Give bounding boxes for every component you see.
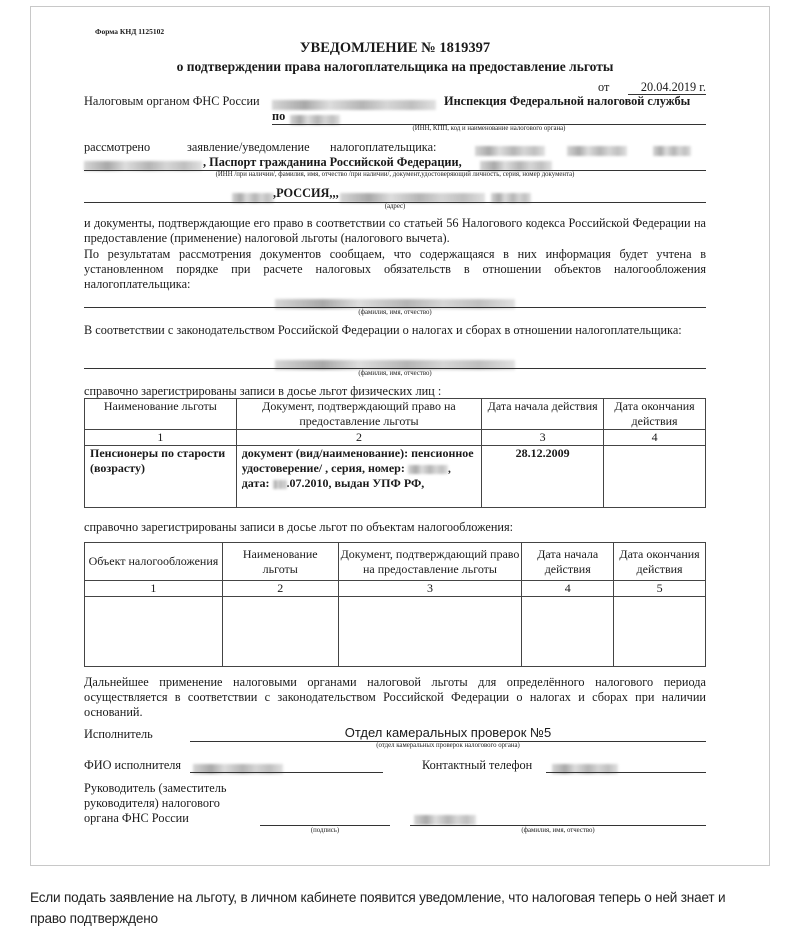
table-row-empty — [85, 597, 706, 667]
taxpayer-caption: (ИНН /при наличии/, фамилия, имя, отчест… — [84, 171, 706, 179]
empty-cell — [338, 597, 522, 667]
table-number-row: 1 2 3 4 5 — [85, 581, 706, 597]
address-caption: (адрес) — [84, 203, 706, 211]
col-number: 1 — [85, 581, 223, 597]
paragraph-further-application: Дальнейшее применение налоговыми органам… — [84, 675, 706, 720]
header-start-date: Дата начала действия — [482, 399, 604, 430]
phone-underline — [546, 772, 706, 773]
header-benefit-name: Наименование льготы — [222, 543, 338, 581]
benefit-end-date — [604, 446, 706, 508]
empty-cell — [614, 597, 706, 667]
header-document: Документ, подтверждающий право на предос… — [338, 543, 522, 581]
paragraph-documents: и документы, подтверждающие его право в … — [84, 216, 706, 246]
empty-cell — [522, 597, 614, 667]
fio-caption: (фамилия, имя, отчество) — [84, 309, 706, 317]
benefits-table: Наименование льготы Документ, подтвержда… — [84, 398, 706, 508]
redacted-number — [408, 465, 448, 474]
reviewed-label-2: заявление/уведомление — [187, 140, 310, 155]
redacted-phone — [552, 760, 618, 778]
executor-caption: (отдел камеральных проверок налогового о… — [190, 742, 706, 750]
document-title: УВЕДОМЛЕНИЕ № 1819397 — [84, 40, 706, 57]
col-number: 3 — [338, 581, 522, 597]
col-number: 4 — [522, 581, 614, 597]
reviewed-label-3: налогоплательщика: — [330, 140, 436, 155]
col-number: 2 — [236, 430, 481, 446]
reviewed-label-1: рассмотрено — [84, 140, 150, 155]
executor-label: Исполнитель — [84, 727, 153, 742]
redacted-executor-fio — [193, 760, 283, 778]
col-number: 3 — [482, 430, 604, 446]
objects-table: Объект налогообложения Наименование льго… — [84, 542, 706, 667]
fio-underline-2 — [84, 368, 706, 369]
authority-caption: (ИНН, КПП, код и наименование налогового… — [272, 125, 706, 133]
empty-cell — [222, 597, 338, 667]
table2-intro: справочно зарегистрированы записи в дось… — [84, 520, 513, 535]
table-row: Пенсионеры по старости (возрасту) докуме… — [85, 446, 706, 508]
fio-underline — [84, 307, 706, 308]
head-label: Руководитель (заместитель руководителя) … — [84, 781, 244, 826]
phone-label: Контактный телефон — [422, 758, 532, 773]
header-benefit-name: Наименование льготы — [85, 399, 237, 430]
passport-text: , Паспорт гражданина Российской Федераци… — [203, 155, 462, 170]
executor-fio-label: ФИО исполнителя — [84, 758, 181, 773]
table-number-row: 1 2 3 4 — [85, 430, 706, 446]
head-fio-underline — [410, 825, 706, 826]
executor-fio-underline — [190, 772, 383, 773]
header-end-date: Дата окончания действия — [614, 543, 706, 581]
table-header-row: Наименование льготы Документ, подтвержда… — [85, 399, 706, 430]
header-document: Документ, подтверждающий право на предос… — [236, 399, 481, 430]
form-code: Форма КНД 1125102 — [95, 27, 164, 36]
redacted-day — [273, 480, 287, 489]
fio-caption-2: (фамилия, имя, отчество) — [84, 370, 706, 378]
executor-value: Отдел камеральных проверок №5 — [190, 725, 706, 740]
col-number: 2 — [222, 581, 338, 597]
article-caption: Если подать заявление на льготу, в лично… — [30, 887, 750, 929]
benefit-name: Пенсионеры по старости (возрасту) — [85, 446, 237, 508]
authority-name-cont: по — [272, 109, 285, 124]
header-object: Объект налогообложения — [85, 543, 223, 581]
table-header-row: Объект налогообложения Наименование льго… — [85, 543, 706, 581]
benefit-document: документ (вид/наименование): пенсионное … — [236, 446, 481, 508]
benefit-start-date: 28.12.2009 — [482, 446, 604, 508]
col-number: 1 — [85, 430, 237, 446]
document-date: 20.04.2019 г. — [634, 80, 706, 95]
table1-intro: справочно зарегистрированы записи в дось… — [84, 384, 441, 399]
col-number: 5 — [614, 581, 706, 597]
authority-name: Инспекция Федеральной налоговой службы — [444, 94, 690, 109]
signature-underline — [260, 825, 390, 826]
date-prefix: от — [598, 80, 609, 95]
col-number: 4 — [604, 430, 706, 446]
header-start-date: Дата начала действия — [522, 543, 614, 581]
document-text-3: .07.2010, выдан УПФ РФ, — [287, 476, 425, 490]
paragraph-legislation: В соответствии с законодательством Росси… — [84, 323, 706, 338]
header-end-date: Дата окончания действия — [604, 399, 706, 430]
authority-label: Налоговым органом ФНС России — [84, 94, 260, 109]
document-subtitle: о подтверждении права налогоплательщика … — [84, 59, 706, 75]
signature-caption: (подпись) — [260, 827, 390, 835]
address-text: ,РОССИЯ,,, — [273, 186, 339, 201]
head-fio-caption: (фамилия, имя, отчество) — [410, 827, 706, 835]
empty-cell — [85, 597, 223, 667]
paragraph-results: По результатам рассмотрения документов с… — [84, 247, 706, 292]
